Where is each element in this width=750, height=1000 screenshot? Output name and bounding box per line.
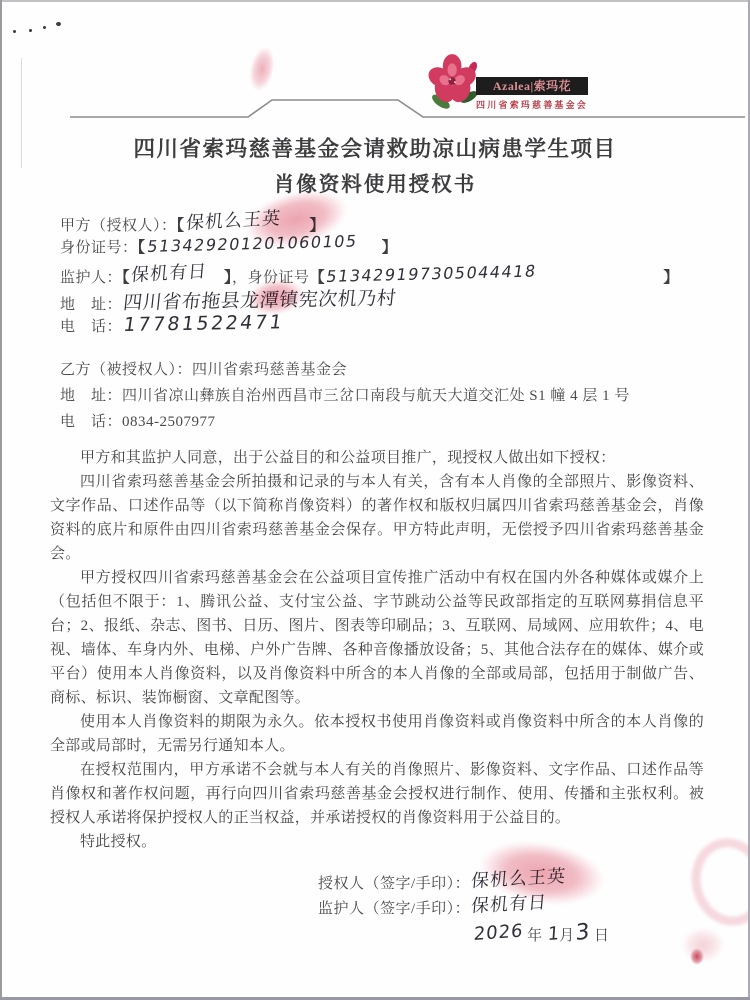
party-a-id-line: 身份证号：【513429201201060105】 (60, 236, 397, 257)
signature-date-line: 2026 年 1月3 日 (318, 921, 610, 946)
guardian-label: 监护人： (60, 270, 122, 286)
party-a-label: 甲方（授权人）： (60, 218, 177, 234)
date-day-label: 日 (594, 928, 610, 944)
scan-edge-top (0, 0, 750, 2)
body-paragraph: 甲方和其监护人同意，出于公益目的和公益项目推广，现授权人做出如下授权： (50, 446, 704, 470)
address-label: 地 址： (60, 297, 122, 313)
body-paragraph: 使用本人肖像资料的期限为永久。依本授权书使用肖像资料或肖像资料中所含的本人肖像的… (50, 710, 704, 758)
party-b-address-line: 地 址：四川省凉山彝族自治州西昌市三岔口南段与航天大道交汇处 S1 幢 4 层 … (60, 384, 630, 405)
letterhead-rule (0, 0, 750, 130)
bracket-close: 】 (224, 270, 232, 286)
body-paragraph: 甲方授权四川省索玛慈善基金会在公益项目宣传推广活动中有权在国内外各种媒体或媒介上… (50, 566, 704, 710)
party-b-title-line: 乙方（被授权人）：四川省索玛慈善基金会 (60, 358, 347, 379)
guardian-id-handwritten: 513429197305044418 (325, 261, 538, 286)
authorization-body: 甲方和其监护人同意，出于公益目的和公益项目推广，现授权人做出如下授权： 四川省索… (50, 446, 704, 854)
logo-org-name: 四川省索玛慈善基金会 (476, 98, 596, 111)
body-paragraph: 在授权范围内，甲方承诺不会就与本人有关的肖像照片、影像资料、文字作品、口述作品等… (50, 758, 704, 830)
date-year-handwritten: 2026 (473, 920, 524, 945)
document-title-line2: 肖像资料使用授权书 (0, 167, 750, 197)
document-title-line1: 四川省索玛慈善基金会请救助凉山病患学生项目 (0, 132, 750, 163)
id-label: 身份证号： (60, 240, 138, 256)
logo-brand-label: Azalea|索玛花 (476, 77, 588, 95)
bracket-close: 】 (663, 270, 679, 286)
bracket-open: 【 (122, 270, 130, 286)
date-month-handwritten: 1 (547, 923, 561, 945)
body-paragraph: 四川省索玛慈善基金会所拍摄和记录的与本人有关，含有本人肖像的全部照片、影像资料、… (50, 470, 704, 566)
body-paragraph: 特此授权。 (50, 830, 704, 854)
guardian-name-handwritten: 保机有日 (130, 257, 208, 287)
phone-label: 电 话： (60, 319, 122, 335)
guardian-signature-label: 监护人（签字/手印）： (318, 901, 470, 917)
scanned-authorization-document: Azalea|索玛花 四川省索玛慈善基金会 四川省索玛慈善基金会请救助凉山病患学… (0, 0, 750, 1000)
phone-handwritten: 17781522471 (122, 311, 286, 336)
date-day-handwritten: 3 (575, 919, 591, 946)
date-year-label: 年 (527, 928, 543, 944)
azalea-flower-icon (426, 52, 482, 114)
bracket-open: 【 (177, 218, 185, 234)
date-month-label: 月 (559, 928, 575, 944)
party-b-phone-line: 电 话：0834-2507977 (60, 410, 216, 431)
phone-line: 电 话：17781522471 (60, 314, 283, 336)
bracket-close: 】 (382, 240, 398, 256)
red-ink-dot (690, 948, 704, 965)
authorizer-signature-label: 授权人（签字/手印）： (318, 876, 470, 892)
address-line: 地 址：四川省布拖县龙潭镇宪次机乃村 (60, 288, 395, 315)
scan-edge-left (0, 0, 2, 1000)
bracket-open: 【 (138, 240, 146, 256)
